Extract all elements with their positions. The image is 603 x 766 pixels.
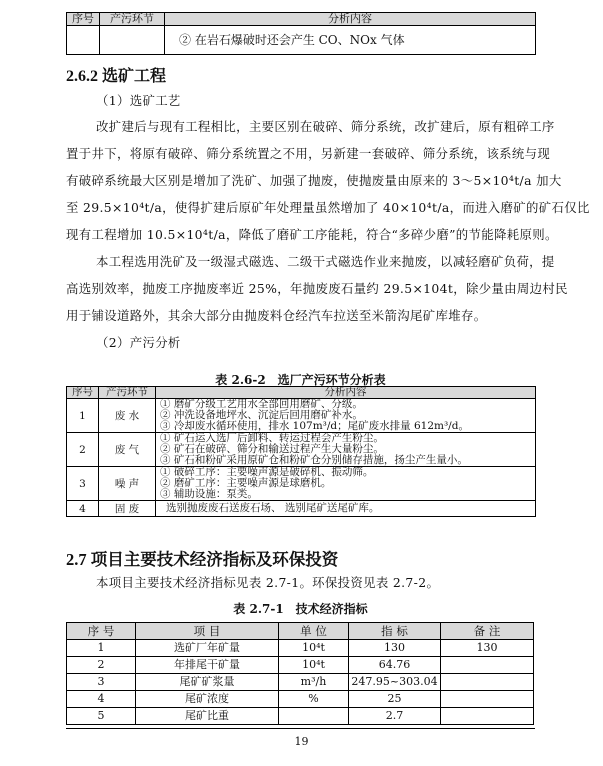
cell-content: ① 矿石运入选厂后卸料、转运过程会产生粉尘。 ② 矿石在破碎、筛分和输送过程产生…: [156, 433, 536, 467]
cell-num: 2: [67, 433, 99, 467]
cell-stage: 废 水: [99, 399, 156, 433]
cell-item: 尾矿比重: [136, 708, 279, 725]
table-row: 1 选矿厂年矿量 10⁴t 130 130: [67, 640, 534, 657]
cell-remark: [441, 657, 534, 674]
para2-line: 高选别效率，抛废工序抛废率近 25%，年抛废废石量约 29.5×104t，除少量…: [66, 282, 536, 296]
cell-num: 2: [67, 657, 136, 674]
cell-num: 4: [67, 691, 136, 708]
cell-remark: 130: [441, 640, 534, 657]
content-item: ③ 辅助设施：泵类。: [160, 489, 535, 500]
cell-value: 130: [349, 640, 441, 657]
cell-value: 25: [349, 691, 441, 708]
cell-item: 年排尾干矿量: [136, 657, 279, 674]
para1-line: 改扩建后与现有工程相比，主要区别在破碎、筛分系统，改扩建后，原有粗碎工序: [66, 120, 536, 134]
header-item: 项 目: [136, 623, 279, 640]
cell-unit: m³/h: [279, 674, 349, 691]
para1-line: 有破碎系统最大区别是增加了洗矿、加强了抛废，使抛废量由原来的 3～5×10⁴t/…: [66, 174, 536, 188]
cell-item: 选矿厂年矿量: [136, 640, 279, 657]
cell-num: 4: [67, 501, 99, 517]
header-remark: 备 注: [441, 623, 534, 640]
cell-num: [67, 26, 100, 55]
cell-num: 3: [67, 467, 99, 501]
cell-unit: [279, 708, 349, 725]
table-row: 2 年排尾干矿量 10⁴t 64.76: [67, 657, 534, 674]
cell-content: 选别抛废废石送废石场、 选别尾矿送尾矿库。: [156, 501, 536, 517]
para1-line: 现有工程增加 10.5×10⁴t/a，降低了磨矿工序能耗，符合“多碎少磨”的节能…: [66, 228, 536, 242]
content-item: 选别抛废废石送废石场、 选别尾矿送尾矿库。: [160, 503, 535, 514]
cell-item: 尾矿矿浆量: [136, 674, 279, 691]
cell-value: 64.76: [349, 657, 441, 674]
table-row-noise: 3 噪 声 ① 破碎工序：主要噪声源是破碎机、振动筛。 ② 磨矿工序：主要噪声源…: [67, 467, 536, 501]
cell-stage: [100, 26, 165, 55]
table-row: 5 尾矿比重 2.7: [67, 708, 534, 725]
cell-unit: 10⁴t: [279, 640, 349, 657]
para2-line: 用于铺设道路外，其余大部分由抛废料仓经汽车拉送至米箭沟尾矿库堆存。: [66, 309, 536, 323]
cell-remark: [441, 708, 534, 725]
header-num: 序 号: [67, 623, 136, 640]
cell-num: 3: [67, 674, 136, 691]
section-2-7-intro: 本项目主要技术经济指标见表 2.7-1。环保投资见表 2.7-2。: [66, 576, 536, 590]
table-row: ② 在岩石爆破时还会产生 CO、NOx 气体: [67, 26, 536, 55]
table-row-waste-gas: 2 废 气 ① 矿石运入选厂后卸料、转运过程会产生粉尘。 ② 矿石在破碎、筛分和…: [67, 433, 536, 467]
cell-unit: 10⁴t: [279, 657, 349, 674]
header-stage: 产污环节: [100, 13, 165, 26]
para2-line: 本工程选用洗矿及一级湿式磁选、二级干式磁选作业来抛废，以减轻磨矿负荷，提: [66, 255, 536, 269]
table-header-row: 序号 产污环节 分析内容: [67, 13, 536, 26]
para1-line: 置于井下，将原有破碎、筛分系统置之不用，另新建一套破碎、筛分系统，该系统与现: [66, 147, 536, 161]
table-caption-2-7-1: 表 2.7-1 技术经济指标: [66, 600, 535, 617]
pollution-analysis-table: 序号 产污环节 分析内容 1 废 水 ① 磨矿分级工艺用水全部回用磨矿、分级。 …: [66, 386, 536, 517]
cell-stage: 固 废: [99, 501, 156, 517]
header-num: 序号: [67, 387, 99, 399]
content-item: ③ 矿石和粉矿采用原矿仓和粉矿仓分别储存措施，扬尘产生量小。: [160, 455, 535, 466]
cell-unit: %: [279, 691, 349, 708]
header-unit: 单 位: [279, 623, 349, 640]
table-row: 4 尾矿浓度 % 25: [67, 691, 534, 708]
footer-rule: [66, 728, 535, 729]
cell-item: 尾矿浓度: [136, 691, 279, 708]
table-row-wastewater: 1 废 水 ① 磨矿分级工艺用水全部回用磨矿、分级。 ② 冲洗设备地坪水、沉淀后…: [67, 399, 536, 433]
tech-economic-indicators-table: 序 号 项 目 单 位 指 标 备 注 1 选矿厂年矿量 10⁴t 130 13…: [66, 622, 534, 725]
table-header-row: 序号 产污环节 分析内容: [67, 387, 536, 399]
cell-stage: 废 气: [99, 433, 156, 467]
page-number: 19: [0, 735, 603, 748]
cell-num: 1: [67, 640, 136, 657]
subheading-process: （1）选矿工艺: [66, 94, 536, 108]
header-content: 分析内容: [165, 13, 536, 26]
header-stage: 产污环节: [99, 387, 156, 399]
table-row: 3 尾矿矿浆量 m³/h 247.95~303.04: [67, 674, 534, 691]
cell-value: 247.95~303.04: [349, 674, 441, 691]
header-content: 分析内容: [156, 387, 536, 399]
table-row-solid-waste: 4 固 废 选别抛废废石送废石场、 选别尾矿送尾矿库。: [67, 501, 536, 517]
header-num: 序号: [67, 13, 100, 26]
cell-remark: [441, 674, 534, 691]
content-item: ③ 冷却废水循环使用，排水 107m³/d；尾矿废水排量 612m³/d。: [160, 421, 535, 432]
cell-value: 2.7: [349, 708, 441, 725]
cell-content: ① 磨矿分级工艺用水全部回用磨矿、分级。 ② 冲洗设备地坪水、沉淀后回用磨矿补水…: [156, 399, 536, 433]
cell-content: ② 在岩石爆破时还会产生 CO、NOx 气体: [165, 26, 536, 55]
subheading-pollution: （2）产污分析: [66, 336, 536, 350]
cell-num: 1: [67, 399, 99, 433]
section-heading-2-6-2: 2.6.2 选矿工程: [66, 63, 166, 86]
header-value: 指 标: [349, 623, 441, 640]
table-header-row: 序 号 项 目 单 位 指 标 备 注: [67, 623, 534, 640]
cell-remark: [441, 691, 534, 708]
section-heading-2-7: 2.7 项目主要技术经济指标及环保投资: [66, 546, 338, 570]
continued-pollution-table: 序号 产污环节 分析内容 ② 在岩石爆破时还会产生 CO、NOx 气体: [66, 12, 536, 55]
cell-stage: 噪 声: [99, 467, 156, 501]
cell-num: 5: [67, 708, 136, 725]
para1-line: 至 29.5×10⁴t/a，使得扩建后原矿年处理量虽然增加了 40×10⁴t/a…: [66, 201, 536, 215]
cell-content: ① 破碎工序：主要噪声源是破碎机、振动筛。 ② 磨矿工序：主要噪声源是球磨机。 …: [156, 467, 536, 501]
